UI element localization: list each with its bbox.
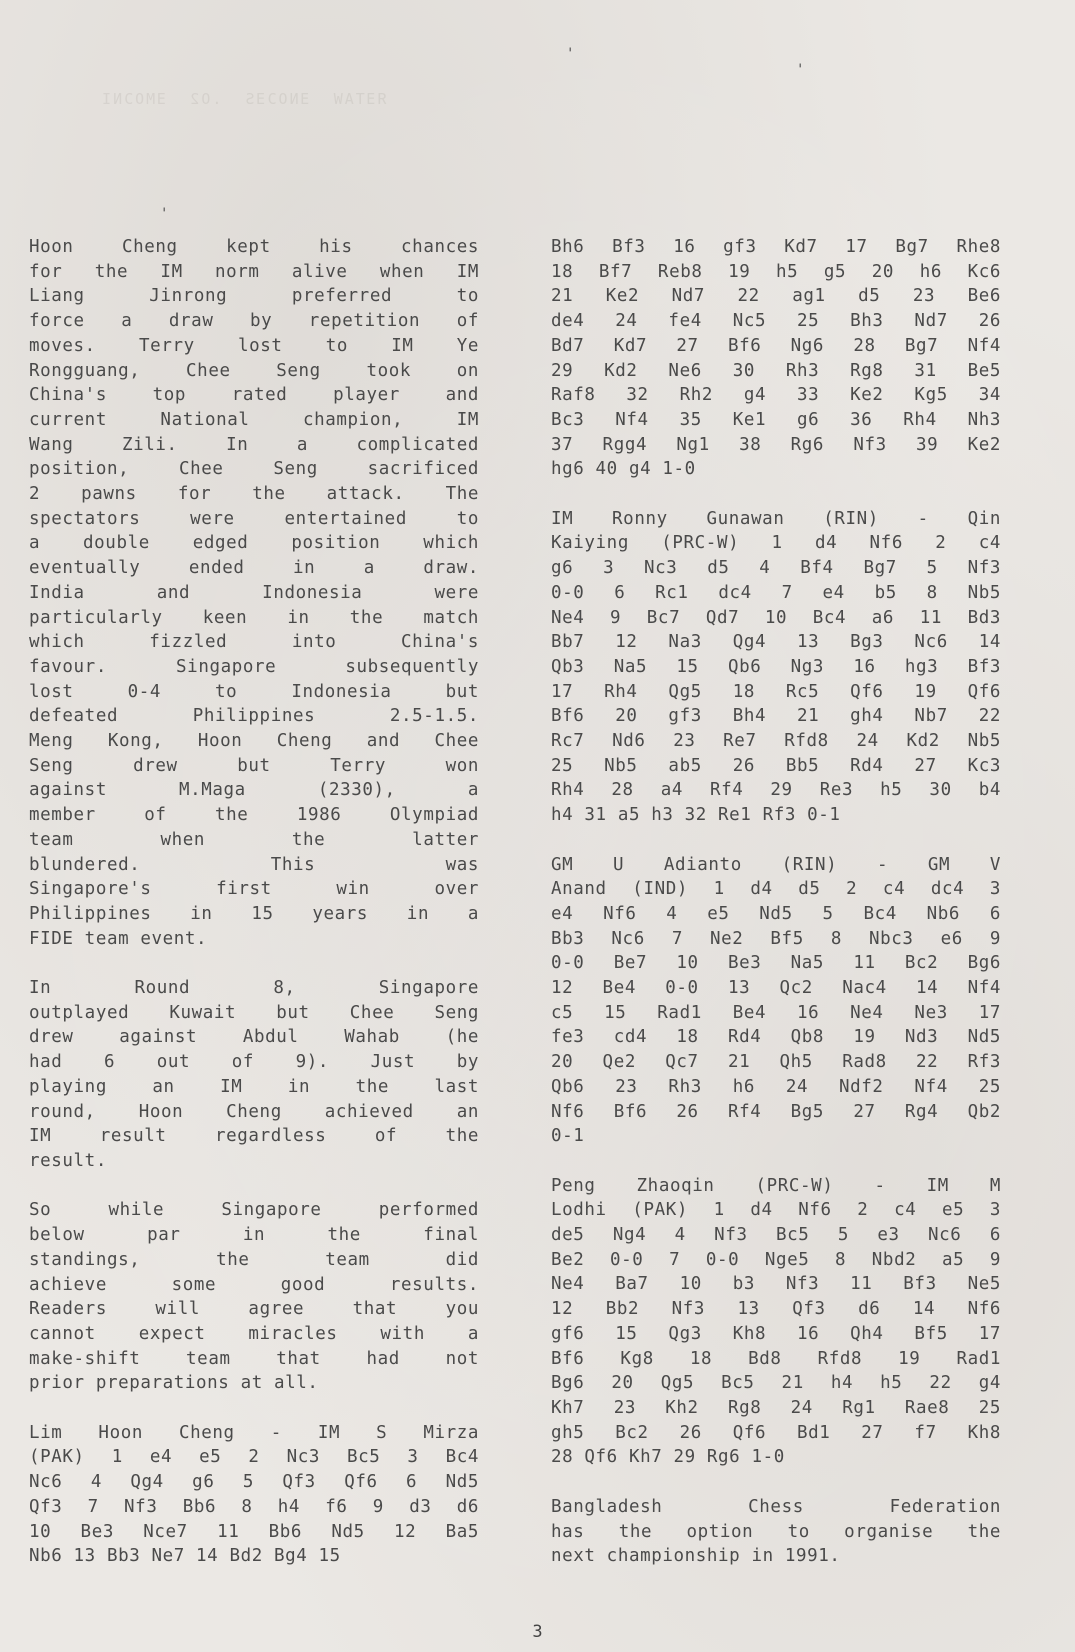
- text-line: 29 Kd2 Ne6 30 Rh3 Rg8 31 Be5: [551, 359, 1001, 384]
- text-line: Wang Zili. In a complicated: [29, 433, 479, 458]
- apostrophe-mark: ': [796, 62, 804, 78]
- apostrophe-mark: ': [160, 206, 168, 222]
- text-line: Bf6 Kg8 18 Bd8 Rfd8 19 Rad1: [551, 1347, 1001, 1372]
- text-line: Kh7 23 Kh2 Rg8 24 Rg1 Rae8 25: [551, 1396, 1001, 1421]
- text-line: member of the 1986 Olympiad: [29, 803, 479, 828]
- text-line: 37 Rgg4 Ng1 38 Rg6 Nf3 39 Ke2: [551, 433, 1001, 458]
- text-line: position, Chee Seng sacrificed: [29, 457, 479, 482]
- text-line: c5 15 Rad1 Be4 16 Ne4 Ne3 17: [551, 1001, 1001, 1026]
- text-line: 18 Bf7 Reb8 19 h5 g5 20 h6 Kc6: [551, 260, 1001, 285]
- text-line: 20 Qe2 Qc7 21 Qh5 Rad8 22 Rf3: [551, 1050, 1001, 1075]
- text-line: IM Ronny Gunawan (RIN) - Qin: [551, 507, 1001, 532]
- text-line: round, Hoon Cheng achieved an: [29, 1100, 479, 1125]
- text-line: make-shift team that had not: [29, 1347, 479, 1372]
- text-line: de4 24 fe4 Nc5 25 Bh3 Nd7 26: [551, 309, 1001, 334]
- text-line: Rc7 Nd6 23 Re7 Rfd8 24 Kd2 Nb5: [551, 729, 1001, 754]
- text-line: favour. Singapore subsequently: [29, 655, 479, 680]
- text-line: gf6 15 Qg3 Kh8 16 Qh4 Bf5 17: [551, 1322, 1001, 1347]
- text-line: moves. Terry lost to IM Ye: [29, 334, 479, 359]
- text-line: Be2 0-0 7 0-0 Nge5 8 Nbd2 a5 9: [551, 1248, 1001, 1273]
- paragraph-summary: So while Singapore performedbelow par in…: [29, 1198, 479, 1396]
- text-line: 28 Qf6 Kh7 29 Rg6 1-0: [551, 1445, 1001, 1470]
- right-column: Bh6 Bf3 16 gf3 Kd7 17 Bg7 Rhe818 Bf7 Reb…: [551, 235, 1001, 1594]
- text-line: Kaiying (PRC-W) 1 d4 Nf6 2 c4: [551, 531, 1001, 556]
- text-line: 12 Bb2 Nf3 13 Qf3 d6 14 Nf6: [551, 1297, 1001, 1322]
- text-line: had 6 out of 9). Just by: [29, 1050, 479, 1075]
- paragraph-game-peng-lodhi: Peng Zhaoqin (PRC-W) - IM MLodhi (PAK) 1…: [551, 1174, 1001, 1470]
- text-line: Rh4 28 a4 Rf4 29 Re3 h5 30 b4: [551, 778, 1001, 803]
- text-line: Bb3 Nc6 7 Ne2 Bf5 8 Nbc3 e6 9: [551, 927, 1001, 952]
- text-line: prior preparations at all.: [29, 1371, 479, 1396]
- text-line: Bg6 20 Qg5 Bc5 21 h4 h5 22 g4: [551, 1371, 1001, 1396]
- text-line: a double edged position which: [29, 531, 479, 556]
- text-line: Nf6 Bf6 26 Rf4 Bg5 27 Rg4 Qb2: [551, 1100, 1001, 1125]
- text-line: Rongguang, Chee Seng took on: [29, 359, 479, 384]
- paragraph-round-report-china: Hoon Cheng kept his chancesfor the IM no…: [29, 235, 479, 951]
- text-line: current National champion, IM: [29, 408, 479, 433]
- text-line: against M.Maga (2330), a: [29, 778, 479, 803]
- text-line: So while Singapore performed: [29, 1198, 479, 1223]
- text-line: 0-0 Be7 10 Be3 Na5 11 Bc2 Bg6: [551, 951, 1001, 976]
- text-line: Qb6 23 Rh3 h6 24 Ndf2 Nf4 25: [551, 1075, 1001, 1100]
- text-line: 21 Ke2 Nd7 22 ag1 d5 23 Be6: [551, 284, 1001, 309]
- text-line: Bb7 12 Na3 Qg4 13 Bg3 Nc6 14: [551, 630, 1001, 655]
- text-line: Hoon Cheng kept his chances: [29, 235, 479, 260]
- text-line: standings, the team did: [29, 1248, 479, 1273]
- text-line: Nc6 4 Qg4 g6 5 Qf3 Qf6 6 Nd5: [29, 1470, 479, 1495]
- text-line: eventually ended in a draw.: [29, 556, 479, 581]
- text-line: (PAK) 1 e4 e5 2 Nc3 Bc5 3 Bc4: [29, 1445, 479, 1470]
- text-line: IM result regardless of the: [29, 1124, 479, 1149]
- text-line: Bf6 20 gf3 Bh4 21 gh4 Nb7 22: [551, 704, 1001, 729]
- text-line: below par in the final: [29, 1223, 479, 1248]
- text-line: next championship in 1991.: [551, 1544, 1001, 1569]
- apostrophe-mark: ': [566, 46, 574, 62]
- text-line: g6 3 Nc3 d5 4 Bf4 Bg7 5 Nf3: [551, 556, 1001, 581]
- paragraph-announcement: Bangladesh Chess Federationhas the optio…: [551, 1495, 1001, 1569]
- text-line: Peng Zhaoqin (PRC-W) - IM M: [551, 1174, 1001, 1199]
- paragraph-round-8-report: In Round 8, Singaporeoutplayed Kuwait bu…: [29, 976, 479, 1174]
- text-line: 2 pawns for the attack. The: [29, 482, 479, 507]
- text-line: team when the latter: [29, 828, 479, 853]
- text-line: Ne4 9 Bc7 Qd7 10 Bc4 a6 11 Bd3: [551, 606, 1001, 631]
- text-line: has the option to organise the: [551, 1520, 1001, 1545]
- text-line: Seng drew but Terry won: [29, 754, 479, 779]
- text-line: result.: [29, 1149, 479, 1174]
- text-line: blundered. This was: [29, 853, 479, 878]
- text-line: fe3 cd4 18 Rd4 Qb8 19 Nd3 Nd5: [551, 1025, 1001, 1050]
- text-line: Nb6 13 Bb3 Ne7 14 Bd2 Bg4 15: [29, 1544, 479, 1569]
- text-line: 10 Be3 Nce7 11 Bb6 Nd5 12 Ba5: [29, 1520, 479, 1545]
- paragraph-game-lim-mirza: Lim Hoon Cheng - IM S Mirza(PAK) 1 e4 e5…: [29, 1421, 479, 1569]
- text-line: particularly keen in the match: [29, 606, 479, 631]
- text-line: Meng Kong, Hoon Cheng and Chee: [29, 729, 479, 754]
- text-line: Liang Jinrong preferred to: [29, 284, 479, 309]
- text-line: Readers will agree that you: [29, 1297, 479, 1322]
- text-line: e4 Nf6 4 e5 Nd5 5 Bc4 Nb6 6: [551, 902, 1001, 927]
- paragraph-game-lim-mirza-cont: Bh6 Bf3 16 gf3 Kd7 17 Bg7 Rhe818 Bf7 Reb…: [551, 235, 1001, 482]
- text-line: Bc3 Nf4 35 Ke1 g6 36 Rh4 Nh3: [551, 408, 1001, 433]
- text-line: spectators were entertained to: [29, 507, 479, 532]
- paragraph-game-gunawan-qin: IM Ronny Gunawan (RIN) - QinKaiying (PRC…: [551, 507, 1001, 828]
- text-line: Bd7 Kd7 27 Bf6 Ng6 28 Bg7 Nf4: [551, 334, 1001, 359]
- text-line: outplayed Kuwait but Chee Seng: [29, 1001, 479, 1026]
- text-line: In Round 8, Singapore: [29, 976, 479, 1001]
- page-number: 3: [0, 1622, 1075, 1642]
- text-line: h4 31 a5 h3 32 Re1 Rf3 0-1: [551, 803, 1001, 828]
- text-line: for the IM norm alive when IM: [29, 260, 479, 285]
- text-line: Anand (IND) 1 d4 d5 2 c4 dc4 3: [551, 877, 1001, 902]
- text-line: Bh6 Bf3 16 gf3 Kd7 17 Bg7 Rhe8: [551, 235, 1001, 260]
- text-line: Bangladesh Chess Federation: [551, 1495, 1001, 1520]
- text-line: Lodhi (PAK) 1 d4 Nf6 2 c4 e5 3: [551, 1198, 1001, 1223]
- text-line: India and Indonesia were: [29, 581, 479, 606]
- text-line: Philippines in 15 years in a: [29, 902, 479, 927]
- text-line: drew against Abdul Wahab (he: [29, 1025, 479, 1050]
- text-line: 12 Be4 0-0 13 Qc2 Nac4 14 Nf4: [551, 976, 1001, 1001]
- text-line: playing an IM in the last: [29, 1075, 479, 1100]
- text-line: Lim Hoon Cheng - IM S Mirza: [29, 1421, 479, 1446]
- text-line: hg6 40 g4 1-0: [551, 457, 1001, 482]
- text-line: GM U Adianto (RIN) - GM V: [551, 853, 1001, 878]
- text-line: 17 Rh4 Qg5 18 Rc5 Qf6 19 Qf6: [551, 680, 1001, 705]
- text-line: Qb3 Na5 15 Qb6 Ng3 16 hg3 Bf3: [551, 655, 1001, 680]
- reverse-side-bleed-through: ЯƎTAW ƎNOƆƎS .O2 ƎMOƆNI: [100, 90, 387, 108]
- text-line: 0-0 6 Rc1 dc4 7 e4 b5 8 Nb5: [551, 581, 1001, 606]
- text-line: FIDE team event.: [29, 927, 479, 952]
- text-line: 0-1: [551, 1124, 1001, 1149]
- text-line: force a draw by repetition of: [29, 309, 479, 334]
- text-line: 25 Nb5 ab5 26 Bb5 Rd4 27 Kc3: [551, 754, 1001, 779]
- text-line: which fizzled into China's: [29, 630, 479, 655]
- text-line: gh5 Bc2 26 Qf6 Bd1 27 f7 Kh8: [551, 1421, 1001, 1446]
- text-line: China's top rated player and: [29, 383, 479, 408]
- left-column: Hoon Cheng kept his chancesfor the IM no…: [29, 235, 479, 1594]
- text-line: de5 Ng4 4 Nf3 Bc5 5 e3 Nc6 6: [551, 1223, 1001, 1248]
- text-line: achieve some good results.: [29, 1273, 479, 1298]
- text-line: cannot expect miracles with a: [29, 1322, 479, 1347]
- text-line: Raf8 32 Rh2 g4 33 Ke2 Kg5 34: [551, 383, 1001, 408]
- text-line: lost 0-4 to Indonesia but: [29, 680, 479, 705]
- text-line: Singapore's first win over: [29, 877, 479, 902]
- text-line: Ne4 Ba7 10 b3 Nf3 11 Bf3 Ne5: [551, 1272, 1001, 1297]
- text-line: Qf3 7 Nf3 Bb6 8 h4 f6 9 d3 d6: [29, 1495, 479, 1520]
- paragraph-game-adianto-anand: GM U Adianto (RIN) - GM VAnand (IND) 1 d…: [551, 853, 1001, 1149]
- text-line: defeated Philippines 2.5-1.5.: [29, 704, 479, 729]
